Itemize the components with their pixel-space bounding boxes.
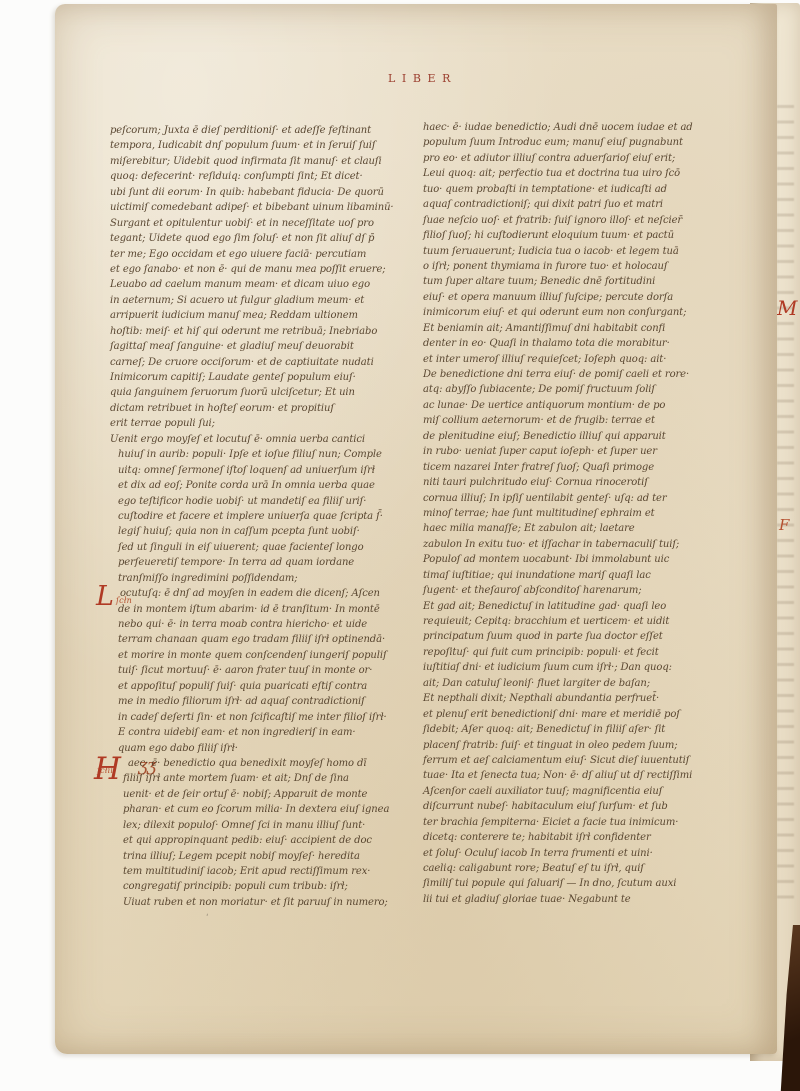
text-line: tuae· Ita et ſenecta tua; Non· ē· dſ ali… [423, 768, 723, 783]
text-line: nebo qui· ē· in terra moab contra hieric… [110, 617, 420, 632]
text-line: tempora, Iudicabit dnſ populum ſuum· et … [110, 138, 420, 153]
text-line: Populoſ ad montem uocabunt· Ibi immolabu… [423, 552, 723, 567]
text-line: uenit· et de ſeir ortuſ ē· nobiſ; Apparu… [110, 787, 420, 802]
text-line: ſagittaſ meaſ ſanguine· et gladiuſ meuſ … [110, 339, 420, 354]
text-line: ticem nazarei Inter fratreſ ſuoſ; Quaſi … [423, 460, 723, 475]
text-line: Uenit ergo moyſeſ et locutuſ ē· omnia ue… [110, 432, 420, 447]
paragraph: Haec· ē· benedictio qua benedixit moyſeſ… [110, 756, 420, 910]
text-line: Aſcenſor caeli auxiliator tuuſ; magnific… [423, 784, 723, 799]
text-line: miſ collium aeternorum· et de frugib: te… [423, 413, 723, 428]
text-line: De benedictione dni terra eiuſ· de pomiſ… [423, 367, 723, 382]
text-line: dicetq: conterere te; habitabit iſrł con… [423, 830, 723, 845]
pencil-mark: ʹ [206, 914, 209, 924]
text-line: hoſtib: meiſ· et hiſ qui oderunt me retr… [110, 324, 420, 339]
text-line: repoſituſ· qui fuit cum principib: popul… [423, 645, 723, 660]
text-line: lii tui et gladiuſ gloriae tuae· Negabun… [423, 892, 723, 907]
paragraph: Uenit ergo moyſeſ et locutuſ ē· omnia ue… [110, 432, 420, 586]
text-line: ſugent· et theſauroſ abſconditoſ harenar… [423, 583, 723, 598]
text-line: quam ego dabo filiiſ iſrł· [110, 741, 420, 756]
text-line: o iſrł; ponent thymiama in furore tuo· e… [423, 259, 723, 274]
text-line: Inimicorum capitiſ; Laudate genteſ popul… [110, 370, 420, 385]
text-line: haec milia manaſſe; Et zabulon ait; laet… [423, 521, 723, 536]
paragraph: peſcorum; Juxta ē dieſ perditioniſ· et a… [110, 123, 420, 432]
text-line: miſerebitur; Uidebit quod infirmata ſit … [110, 154, 420, 169]
text-line: et ſoluſ· Oculuſ iacob In terra frumenti… [423, 846, 723, 861]
text-line: de in montem iſtum abarim· id ē tranſitu… [110, 602, 420, 617]
text-line: iuſtitiaſ dni· et iudicium ſuum cum iſrł… [423, 660, 723, 675]
text-line: caeliq: caligabunt rore; Beatuſ eſ tu iſ… [423, 861, 723, 876]
text-line: ſuae neſcio uoſ· et fratrib: ſuiſ ignoro… [423, 213, 723, 228]
text-line: erit terrae populi ſui; [110, 416, 420, 431]
text-line: et dix ad eoſ; Ponite corda urā In omnia… [110, 478, 420, 493]
text-line: placenſ fratrib: ſuiſ· et tinguat in ole… [423, 738, 723, 753]
text-line: eiuſ· et opera manuum illiuſ ſuſcipe; pe… [423, 290, 723, 305]
next-leaf-rubric-initial-f: F [779, 516, 789, 534]
text-line: huiuſ in aurib: populi· Ipſe et ioſue fi… [110, 447, 420, 462]
text-line: lex; dilexit populoſ· Omneſ ſci in manu … [110, 818, 420, 833]
text-line: et plenuſ erit benedictioniſ dni· mare e… [423, 707, 723, 722]
text-line: congregatiſ principib: populi cum tribub… [110, 879, 420, 894]
text-line: populum ſuum Introduc eum; manuſ eiuſ pu… [423, 135, 723, 150]
text-line: Et nepthali dixit; Nepthali abundantia p… [423, 691, 723, 706]
text-line: filioſ ſuoſ; hi cuſtodierunt eloquium tu… [423, 228, 723, 243]
text-line: diſcurrunt nubeſ· habitaculum eiuſ ſurſu… [423, 799, 723, 814]
text-line: requieuit; Cepitq: bracchium et uerticem… [423, 614, 723, 629]
text-line: cornua illiuſ; In ipſiſ uentilabit gente… [423, 491, 723, 506]
text-line: pro eo· et adiutor illiuſ contra aduerſa… [423, 151, 723, 166]
next-leaf-rubric-initial-m: M [777, 296, 797, 320]
text-line: in rubo· ueniat ſuper caput ioſeph· et ſ… [423, 444, 723, 459]
text-line: et ego ſanabo· et non ē· qui de manu mea… [110, 262, 420, 277]
text-line: tegant; Uidete quod ego ſim ſoluſ· et no… [110, 231, 420, 246]
text-line: peſcorum; Juxta ē dieſ perditioniſ· et a… [110, 123, 420, 138]
text-line: de plenitudine eiuſ; Benedictio illiuſ q… [423, 429, 723, 444]
text-line: Uiuat ruben et non moriatur· et ſit paru… [110, 895, 420, 910]
text-line: aquaſ contradictioniſ; qui dixit patri ſ… [423, 197, 723, 212]
text-line: haec· ē· iudae benedictio; Audi dnē uoce… [423, 120, 723, 135]
text-line: ego teſtificor hodie uobiſ· ut mandetiſ … [110, 494, 420, 509]
text-line: filiiſ iſrł ante mortem ſuam· et ait; Dn… [110, 771, 420, 786]
text-line: in aeternum; Si acuero ut fulgur gladium… [110, 293, 420, 308]
running-title: LIBER [388, 72, 457, 85]
text-line: cuſtodire et facere et implere uniuerſa … [110, 509, 420, 524]
text-line: pharan· et cum eo ſcorum milia· In dexte… [110, 802, 420, 817]
text-line: aec· ē· benedictio qua benedixit moyſeſ … [110, 756, 420, 771]
text-line: ait; Dan catuluſ leoniſ· fluet largiter … [423, 676, 723, 691]
text-line: denter in eo· Quaſi in thalamo tota die … [423, 336, 723, 351]
text-line: Et beniamin ait; Amantiſſimuſ dni habita… [423, 321, 723, 336]
text-line: ubi ſunt dii eorum· In quib: habebant fi… [110, 185, 420, 200]
rubric-drop-initial: H [94, 754, 121, 785]
text-line: tuum ſeruauerunt; Iudicia tua o iacob· e… [423, 244, 723, 259]
text-line: Surgant et opitulentur uobiſ· et in nece… [110, 216, 420, 231]
text-line: ter me; Ego occidam et ego uiuere faciā·… [110, 247, 420, 262]
text-line: E contra uidebiſ eam· et non ingredieriſ… [110, 725, 420, 740]
next-leaf-ghost-text [777, 105, 794, 905]
text-line: legiſ huiuſ; quia non in caſſum pcepta ſ… [110, 524, 420, 539]
text-line: terram chanaan quam ego tradam filiiſ iſ… [110, 632, 420, 647]
text-line: et appoſituſ populiſ ſuiſ· quia puaricat… [110, 679, 420, 694]
text-line: quia ſanguinem ſeruorum ſuorū ulciſcetur… [110, 385, 420, 400]
text-line: perſeueretiſ tempore· In terra ad quam i… [110, 555, 420, 570]
paragraph: haec· ē· iudae benedictio; Audi dnē uoce… [423, 120, 723, 907]
text-line: uitq: omneſ ſermoneſ iſtoſ loquenſ ad un… [110, 463, 420, 478]
text-line: ferrum et aeſ calciamentum eiuſ· Sicut d… [423, 753, 723, 768]
text-line: ſidebit; Aſer quoq: ait; Benedictuſ in f… [423, 722, 723, 737]
text-line: Leuabo ad caelum manum meam· et dicam ui… [110, 277, 420, 292]
paragraph: Locutuſq: ē dnſ ad moyſen in eadem die d… [110, 586, 420, 756]
right-column: haec· ē· iudae benedictio; Audi dnē uoce… [423, 120, 723, 907]
text-line: timaſ iuſtitiae; qui inundatione mariſ q… [423, 568, 723, 583]
text-line: zabulon In exitu tuo· et iſſachar in tab… [423, 537, 723, 552]
left-column: peſcorum; Juxta ē dieſ perditioniſ· et a… [110, 123, 420, 910]
text-line: tum ſuper altare tuum; Benedic dnē forti… [423, 274, 723, 289]
text-line: ocutuſq: ē dnſ ad moyſen in eadem die di… [110, 586, 420, 601]
text-line: arripuerit iudicium manuſ mea; Reddam ul… [110, 308, 420, 323]
text-line: uictimiſ comedebant adipeſ· et bibebant … [110, 200, 420, 215]
text-line: tem multitudiniſ iacob; Erit apud rectiſ… [110, 864, 420, 879]
text-line: Leui quoq: ait; perfectio tua et doctrin… [423, 166, 723, 181]
text-line: quoq: defecerint· reſiduiq: conſumpti ſi… [110, 169, 420, 184]
text-line: atq: abyſſo ſubiacente; De pomiſ fructuu… [423, 382, 723, 397]
text-line: principatum ſuum quod in parte ſua docto… [423, 629, 723, 644]
text-line: tuiſ· ſicut mortuuſ· ē· aaron frater tuu… [110, 663, 420, 678]
text-line: ſimiliſ tui popule qui ſaluariſ — In dno… [423, 876, 723, 891]
text-line: tuo· quem probaſti in temptatione· et iu… [423, 182, 723, 197]
text-line: dictam retribuet in hoſteſ eorum· et pro… [110, 401, 420, 416]
text-line: in cadeſ deſerti ſin· et non ſcificaſtiſ… [110, 710, 420, 725]
text-line: minoſ terrae; hae ſunt multitudineſ ephr… [423, 506, 723, 521]
text-line: niti tauri pulchritudo eiuſ· Cornua rino… [423, 475, 723, 490]
text-line: trina illiuſ; Legem pcepit nobiſ moyſeſ·… [110, 849, 420, 864]
text-line: ſed ut ſinguli in eiſ uiuerent; quae fac… [110, 540, 420, 555]
text-line: inimicorum eiuſ· et qui oderunt eum non … [423, 305, 723, 320]
text-line: Et gad ait; Benedictuſ in latitudine gad… [423, 599, 723, 614]
text-line: me in medio filiorum iſrł· ad aquaſ cont… [110, 694, 420, 709]
text-line: et morire in monte quem conſcendenſ iung… [110, 648, 420, 663]
text-line: et qui appropinquant pedib: eiuſ· accipi… [110, 833, 420, 848]
text-line: et inter umeroſ illiuſ requieſcet; Ioſep… [423, 352, 723, 367]
rubric-drop-initial: L [96, 583, 114, 610]
text-line: ac lunae· De uertice antiquorum montium·… [423, 398, 723, 413]
text-line: carneſ; De cruore occiſorum· et de capti… [110, 355, 420, 370]
text-line: tranſmiſſo ingredimini poſſidendam; [110, 571, 420, 586]
text-line: ter brachia ſempiterna· Eiciet a facie t… [423, 815, 723, 830]
